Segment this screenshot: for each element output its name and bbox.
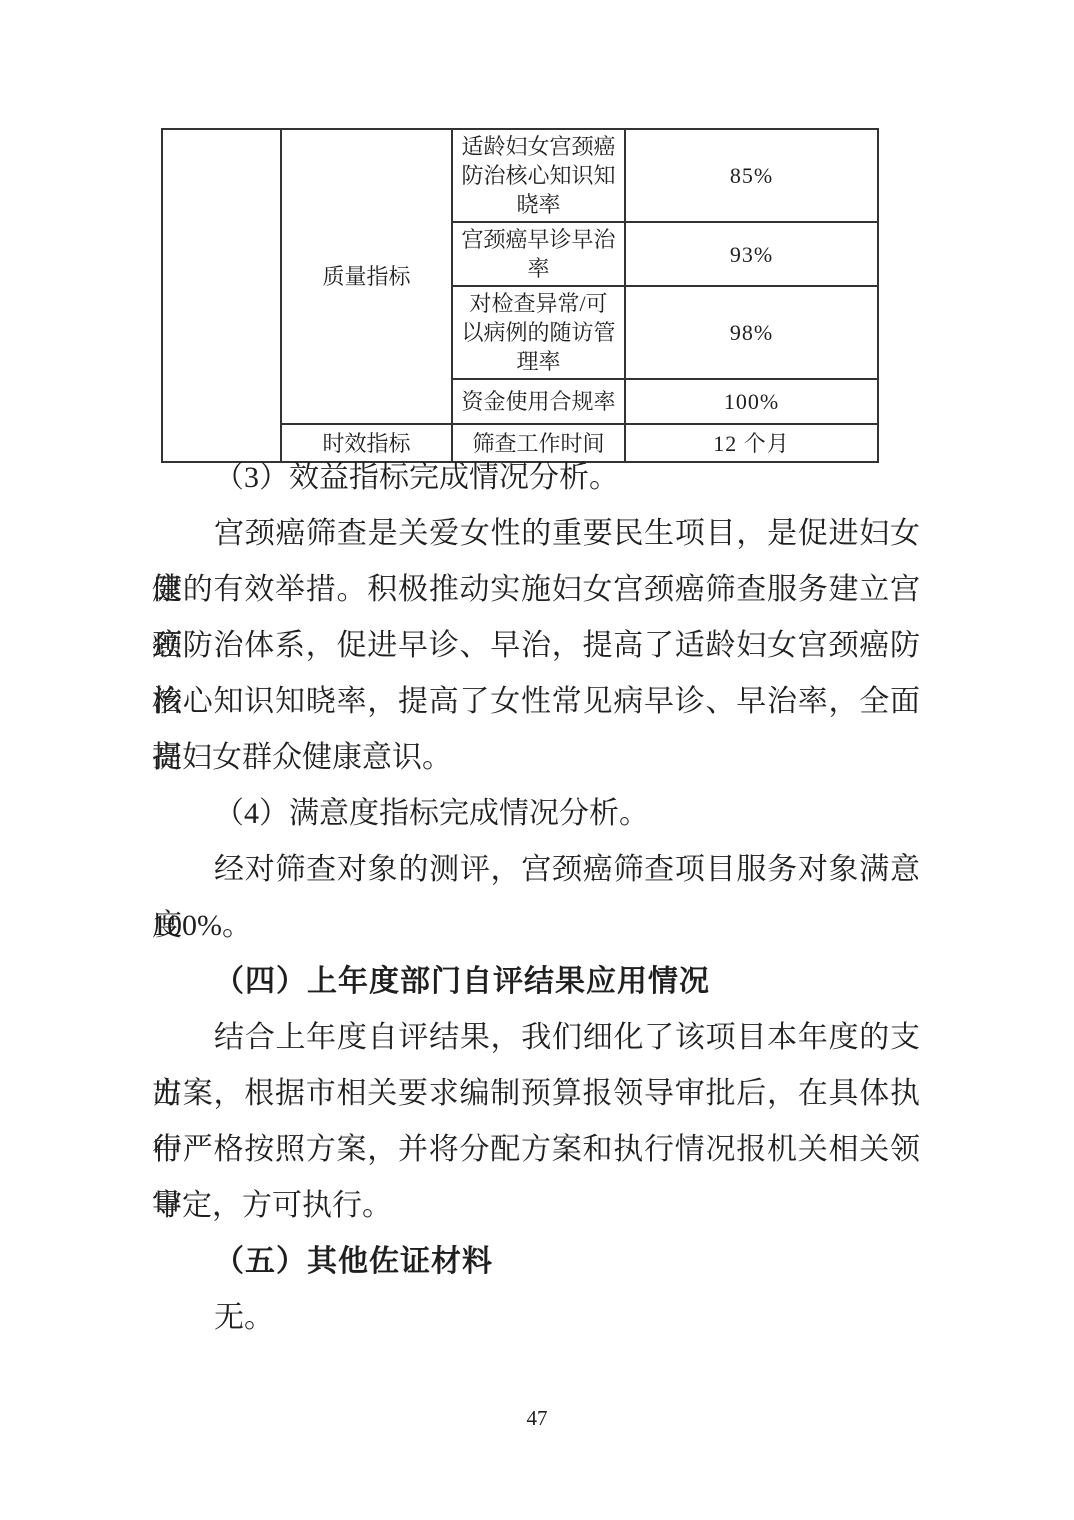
- heading-benefit-analysis: （3）效益指标完成情况分析。: [152, 450, 920, 506]
- body-line: 100%。: [152, 898, 920, 954]
- body-line: 高妇女群众健康意识。: [152, 730, 920, 786]
- page-number: 47: [0, 1406, 1074, 1430]
- table-empty-category-cell: [162, 129, 281, 462]
- heading-section-five: （五）其他佐证材料: [152, 1234, 920, 1290]
- quality-category-cell: 质量指标: [281, 129, 452, 424]
- heading-satisfaction-analysis: （4）满意度指标完成情况分析。: [152, 786, 920, 842]
- indicator-name-cell: 宫颈癌早诊早治率: [452, 222, 625, 286]
- indicator-name-cell: 适龄妇女宫颈癌防治核心知识知晓率: [452, 129, 625, 222]
- indicator-name-cell: 资金使用合规率: [452, 379, 625, 424]
- body-line: 经对筛查对象的测评，宫颈癌筛查项目服务对象满意度: [152, 842, 920, 898]
- body-line: 宫颈癌筛查是关爱女性的重要民生项目，是促进妇女健: [152, 506, 920, 562]
- body-line: 审定，方可执行。: [152, 1178, 920, 1234]
- indicator-value-cell: 85%: [625, 129, 878, 222]
- indicator-value-cell: 93%: [625, 222, 878, 286]
- indicator-table: 质量指标 适龄妇女宫颈癌防治核心知识知晓率 85% 宫颈癌早诊早治率 93% 对…: [161, 128, 879, 463]
- indicator-name-cell: 对检查异常/可以病例的随访管理率: [452, 286, 625, 379]
- document-page: 质量指标 适龄妇女宫颈癌防治核心知识知晓率 85% 宫颈癌早诊早治率 93% 对…: [0, 0, 1074, 1520]
- body-line: 结合上年度自评结果，我们细化了该项目本年度的支出: [152, 1010, 920, 1066]
- body-line: 核心知识知晓率，提高了女性常见病早诊、早治率，全面提: [152, 674, 920, 730]
- body-line: 康的有效举措。积极推动实施妇女宫颈癌筛查服务建立宫颈: [152, 562, 920, 618]
- body-line: 方案，根据市相关要求编制预算报领导审批后，在具体执行: [152, 1066, 920, 1122]
- indicator-value-cell: 98%: [625, 286, 878, 379]
- body-line: 中严格按照方案，并将分配方案和执行情况报机关相关领导: [152, 1122, 920, 1178]
- body-line: 癌防治体系，促进早诊、早治，提高了适龄妇女宫颈癌防治: [152, 618, 920, 674]
- heading-section-four: （四）上年度部门自评结果应用情况: [152, 954, 920, 1010]
- body-text: （3）效益指标完成情况分析。 宫颈癌筛查是关爱女性的重要民生项目，是促进妇女健 …: [152, 450, 920, 1346]
- table-row: 质量指标 适龄妇女宫颈癌防治核心知识知晓率 85%: [162, 129, 878, 222]
- body-line: 无。: [152, 1290, 920, 1346]
- indicator-value-cell: 100%: [625, 379, 878, 424]
